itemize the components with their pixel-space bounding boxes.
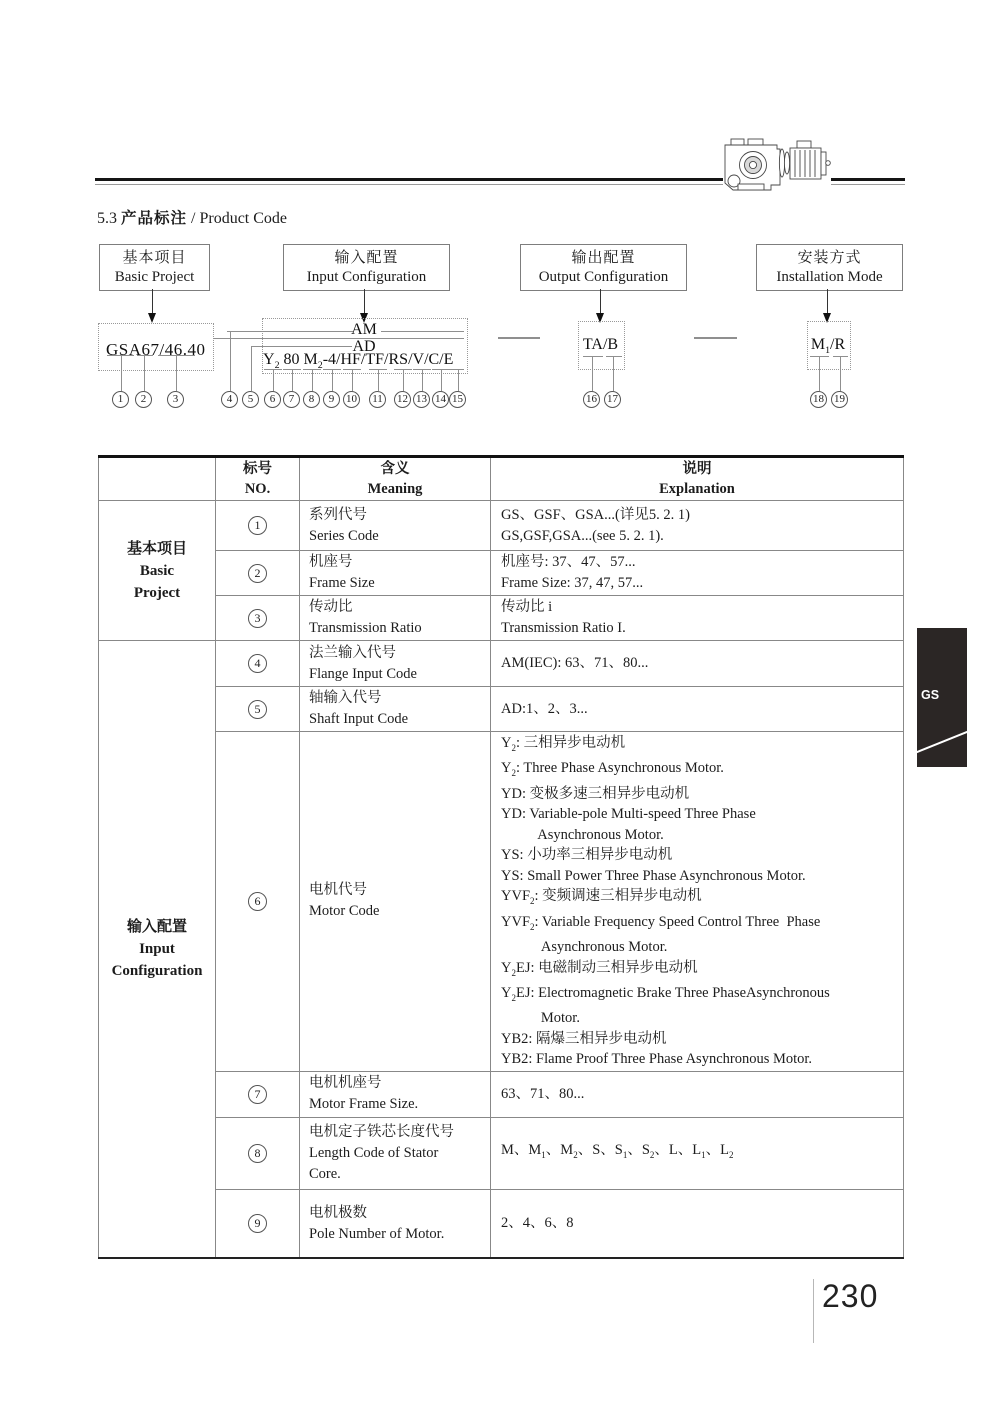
connector-13 [422, 370, 423, 391]
row6-meaning: 电机代号Motor Code [300, 732, 491, 1072]
am-line-right [381, 331, 464, 332]
row2-meaning: 机座号Frame Size [300, 551, 491, 596]
connector-3 [176, 356, 177, 391]
circle-num-12: 12 [394, 391, 411, 408]
connector-14 [441, 370, 442, 391]
top-rule-black-right [831, 178, 905, 181]
section-title-en: Product Code [199, 210, 287, 227]
row5-circle: 5 [248, 700, 267, 719]
gear-motor-illustration [718, 133, 834, 195]
circle-num-4: 4 [221, 391, 238, 408]
circle-num-11: 11 [369, 391, 386, 408]
table-row: 输入配置InputConfiguration 4 法兰输入代号Flange In… [99, 641, 904, 687]
connector-16 [592, 357, 593, 391]
group-basic-project: 基本项目BasicProject [99, 501, 216, 641]
top-rule-black-left [95, 178, 723, 181]
group-input-configuration: 输入配置InputConfiguration [99, 641, 216, 1259]
row3-explanation: 传动比 iTransmission Ratio I. [491, 596, 904, 641]
section-title: 5.3 产品标注 / Product Code [97, 206, 287, 228]
header-blank-cell [99, 457, 216, 501]
separator-dash-2 [694, 337, 737, 339]
section-number: 5.3 [97, 210, 117, 227]
circle-num-16: 16 [583, 391, 600, 408]
row5-no: 5 [216, 687, 300, 732]
circle-num-7: 7 [283, 391, 300, 408]
row6-no: 6 [216, 732, 300, 1072]
section-title-zh: 产品标注 [121, 210, 187, 227]
row7-meaning: 电机机座号Motor Frame Size. [300, 1071, 491, 1117]
connector-18 [819, 357, 820, 391]
connector-9 [332, 370, 333, 391]
row9-circle: 9 [248, 1214, 267, 1233]
connector-11 [378, 370, 379, 391]
row6-circle: 6 [248, 892, 267, 911]
row6-explanation: Y2: 三相异步电动机Y2: Three Phase Asynchronous … [491, 732, 904, 1072]
page-number: 230 [822, 1278, 878, 1315]
header-meaning-en: Meaning [301, 479, 489, 499]
code-flange: AM [262, 321, 466, 339]
header-meaning-zh: 含义 [301, 459, 489, 479]
arrow-line-2 [364, 289, 365, 314]
top-rule-gray-right [831, 184, 905, 186]
circle-num-13: 13 [413, 391, 430, 408]
table-row: 7 电机机座号Motor Frame Size. 63、71、80... [99, 1071, 904, 1117]
header-expl-zh: 说明 [492, 459, 902, 479]
row9-no: 9 [216, 1189, 300, 1258]
connector-19 [840, 357, 841, 391]
circle-num-17: 17 [604, 391, 621, 408]
circle-num-2: 2 [135, 391, 152, 408]
flow-box-install-zh: 安装方式 [797, 249, 861, 268]
circle-num-19: 19 [831, 391, 848, 408]
separator-dash-1 [498, 337, 540, 339]
underline-b [606, 356, 622, 357]
circle-num-3: 3 [167, 391, 184, 408]
row8-meaning: 电机定子铁芯长度代号Length Code of StatorCore. [300, 1117, 491, 1189]
header-explanation: 说明 Explanation [491, 457, 904, 501]
connector-15 [458, 370, 459, 391]
connector-4 [230, 332, 231, 391]
table-header-row: 标号 NO. 含义 Meaning 说明 Explanation [99, 457, 904, 501]
row8-no: 8 [216, 1117, 300, 1189]
row7-no: 7 [216, 1071, 300, 1117]
flow-box-installation-mode: 安装方式 Installation Mode [756, 244, 903, 291]
arrow-line-1 [152, 289, 153, 314]
circle-num-6: 6 [264, 391, 281, 408]
row4-meaning: 法兰输入代号Flange Input Code [300, 641, 491, 687]
header-no-en: NO. [217, 479, 298, 499]
flow-box-basic-project: 基本项目 Basic Project [99, 244, 210, 291]
flow-box-output-config: 输出配置 Output Configuration [520, 244, 687, 291]
header-no: 标号 NO. [216, 457, 300, 501]
document-page: 5.3 产品标注 / Product Code 基本项目 Basic Proje… [0, 0, 1000, 1414]
circle-num-9: 9 [323, 391, 340, 408]
table-row: 9 电机极数Pole Number of Motor. 2、4、6、8 [99, 1189, 904, 1258]
row9-meaning: 电机极数Pole Number of Motor. [300, 1189, 491, 1258]
table-row: 6 电机代号Motor Code Y2: 三相异步电动机Y2: Three Ph… [99, 732, 904, 1072]
row7-explanation: 63、71、80... [491, 1071, 904, 1117]
circle-num-18: 18 [810, 391, 827, 408]
flow-box-input-zh: 输入配置 [334, 249, 398, 268]
row3-circle: 3 [248, 609, 267, 628]
row3-meaning: 传动比Transmission Ratio [300, 596, 491, 641]
header-meaning: 含义 Meaning [300, 457, 491, 501]
am-line-left [227, 331, 353, 332]
table-row: 3 传动比Transmission Ratio 传动比 iTransmissio… [99, 596, 904, 641]
header-expl-en: Explanation [492, 479, 902, 499]
row4-explanation: AM(IEC): 63、71、80... [491, 641, 904, 687]
row1-circle: 1 [248, 516, 267, 535]
underline-frame [137, 355, 153, 356]
flow-box-install-en: Installation Mode [776, 268, 882, 287]
connector-5 [251, 347, 252, 391]
row8-explanation: M、M1、M2、S、S1、S2、L、L1、L2 [491, 1117, 904, 1189]
flow-box-input-config: 输入配置 Input Configuration [283, 244, 450, 291]
row1-explanation: GS、GSF、GSA...(详见5. 2. 1)GS,GSF,GSA...(se… [491, 501, 904, 551]
top-rule-gray-left [95, 184, 723, 186]
circle-num-8: 8 [303, 391, 320, 408]
table-row: 基本项目BasicProject 1 系列代号Series Code GS、GS… [99, 501, 904, 551]
arrow-line-3 [600, 289, 601, 314]
circle-num-5: 5 [242, 391, 259, 408]
table-row: 2 机座号Frame Size 机座号: 37、47、57...Frame Si… [99, 551, 904, 596]
arrow-line-4 [827, 289, 828, 314]
table-row: 5 轴输入代号Shaft Input Code AD:1、2、3... [99, 687, 904, 732]
table-row: 8 电机定子铁芯长度代号Length Code of StatorCore. M… [99, 1117, 904, 1189]
flow-box-basic-en: Basic Project [115, 268, 195, 287]
connector-10 [352, 370, 353, 391]
circle-num-1: 1 [112, 391, 129, 408]
circle-num-15: 15 [449, 391, 466, 408]
circle-num-10: 10 [343, 391, 360, 408]
page-number-rule [813, 1279, 814, 1343]
row2-no: 2 [216, 551, 300, 596]
row3-no: 3 [216, 596, 300, 641]
flow-box-basic-zh: 基本项目 [122, 249, 186, 268]
connector-6 [273, 370, 274, 391]
flow-box-input-en: Input Configuration [307, 268, 427, 287]
row4-no: 4 [216, 641, 300, 687]
row4-circle: 4 [248, 654, 267, 673]
connector-12 [403, 370, 404, 391]
connector-1 [121, 356, 122, 391]
arrow-head-icon-1 [148, 313, 156, 323]
product-code-table: 标号 NO. 含义 Meaning 说明 Explanation 基本项目Bas… [98, 455, 904, 1259]
ad-line-left [251, 346, 352, 347]
connector-17 [613, 357, 614, 391]
row8-circle: 8 [248, 1144, 267, 1163]
connector-7 [292, 370, 293, 391]
flow-box-output-en: Output Configuration [539, 268, 669, 287]
row1-no: 1 [216, 501, 300, 551]
row1-meaning: 系列代号Series Code [300, 501, 491, 551]
row5-explanation: AD:1、2、3... [491, 687, 904, 732]
side-tab-diagonal-line [916, 731, 969, 754]
underline-ta [583, 356, 603, 357]
row7-circle: 7 [248, 1085, 267, 1104]
connector-8 [312, 370, 313, 391]
side-tab-label: GS [921, 688, 939, 702]
row9-explanation: 2、4、6、8 [491, 1189, 904, 1258]
row2-circle: 2 [248, 564, 267, 583]
flow-box-output-zh: 输出配置 [571, 249, 635, 268]
connector-2 [144, 356, 145, 391]
section-title-separator: / [191, 210, 195, 227]
code-install: M1/R [807, 336, 849, 356]
side-tab-gs: GS [917, 628, 967, 767]
code-output: TA/B [578, 336, 623, 354]
underline-token-e [449, 369, 464, 370]
row2-explanation: 机座号: 37、47、57...Frame Size: 37, 47, 57..… [491, 551, 904, 596]
header-no-zh: 标号 [217, 459, 298, 479]
main-code-line [213, 338, 464, 339]
row5-meaning: 轴输入代号Shaft Input Code [300, 687, 491, 732]
circle-num-14: 14 [432, 391, 449, 408]
